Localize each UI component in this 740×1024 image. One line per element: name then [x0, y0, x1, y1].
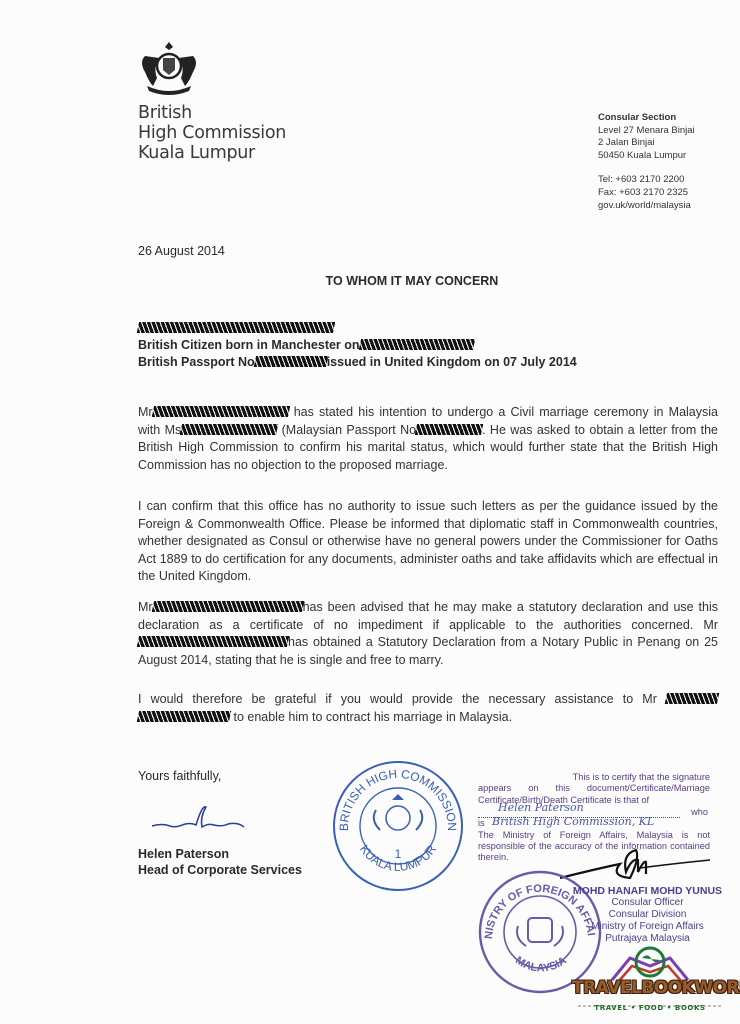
watermark-tagline: TRAVEL • FOOD • BOOKS — [572, 1004, 728, 1012]
officer-title: Consular Officer — [570, 897, 725, 909]
redacted-name — [665, 693, 719, 704]
subject-passport-label: British Passport No — [138, 355, 255, 369]
redacted-partner-passport — [415, 424, 483, 435]
address-tel: Tel: +603 2170 2200 — [598, 174, 695, 187]
paragraph-4: I would therefore be grateful if you wou… — [138, 691, 718, 726]
address-heading: Consular Section — [598, 112, 695, 125]
svg-text:MALAYSIA: MALAYSIA — [513, 954, 569, 974]
redacted-name — [151, 406, 289, 417]
address-line-2: 2 Jalan Binjai — [598, 137, 695, 150]
watermark-brand: TRAVELBOOKWORM — [572, 978, 728, 998]
redacted-partner-name — [180, 424, 278, 435]
royal-coat-of-arms-icon — [135, 38, 203, 98]
paragraph-3: Mrhas been advised that he may make a st… — [138, 599, 718, 669]
consular-address: Consular Section Level 27 Menara Binjai … — [598, 112, 695, 212]
letter-title: TO WHOM IT MAY CONCERN — [0, 274, 740, 288]
signer-title: Head of Corporate Services — [138, 862, 302, 878]
cert-who: who — [691, 807, 708, 818]
p4-text-b: to enable him to contract his marriage i… — [230, 710, 512, 724]
p3-text-a: Mr — [138, 600, 153, 614]
officer-division: Consular Division — [570, 909, 725, 921]
address-line-1: Level 27 Menara Binjai — [598, 125, 695, 138]
officer-name: MOHD HANAFI MOHD YUNUS — [570, 885, 725, 897]
address-line-3: 50450 Kuala Lumpur — [598, 150, 695, 163]
subject-block: British Citizen born in Manchester on Br… — [138, 320, 577, 371]
address-web: gov.uk/world/malaysia — [598, 200, 695, 213]
cert-is: is — [478, 818, 485, 828]
closing-salutation: Yours faithfully, — [138, 769, 221, 783]
letterhead-org-name: British High Commission Kuala Lumpur — [138, 103, 286, 163]
redacted-name — [137, 636, 289, 647]
redacted-passport-no — [254, 356, 328, 367]
letter-date: 26 August 2014 — [138, 244, 225, 258]
signer-block: Helen Paterson Head of Corporate Service… — [138, 846, 302, 878]
bhc-official-stamp: BRITISH HIGH COMMISSION KUALA LUMPUR 1 — [328, 758, 468, 893]
subject-birth-line: British Citizen born in Manchester on — [138, 338, 360, 352]
redacted-name — [137, 711, 231, 722]
cert-handwritten-name: Helen Paterson — [498, 802, 584, 813]
redacted-name — [151, 601, 303, 612]
redacted-name — [137, 322, 335, 333]
consular-officer-block: MOHD HANAFI MOHD YUNUS Consular Officer … — [570, 885, 725, 945]
p4-text-a: I would therefore be grateful if you wou… — [138, 692, 666, 706]
org-line-1: British — [138, 103, 286, 123]
org-line-3: Kuala Lumpur — [138, 143, 286, 163]
paragraph-1: Mr has stated his intention to undergo a… — [138, 404, 718, 474]
officer-ministry: Ministry of Foreign Affairs — [570, 921, 725, 933]
svg-text:1: 1 — [395, 847, 402, 861]
cert-line-1: This is to certify that the signature — [478, 772, 710, 783]
cert-handwritten-role: British High Commission, KL — [492, 816, 654, 827]
paragraph-2: I can confirm that this office has no au… — [138, 498, 718, 586]
address-fax: Fax: +603 2170 2325 — [598, 187, 695, 200]
p1-text-a: Mr — [138, 405, 153, 419]
org-line-2: High Commission — [138, 123, 286, 143]
p1-text-c: (Malaysian Passport No — [277, 423, 416, 437]
redacted-birthdate — [358, 339, 474, 350]
subject-passport-issue: issued in United Kingdom on 07 July 2014 — [327, 355, 577, 369]
handwritten-signature — [150, 800, 270, 840]
signer-name: Helen Paterson — [138, 846, 302, 862]
